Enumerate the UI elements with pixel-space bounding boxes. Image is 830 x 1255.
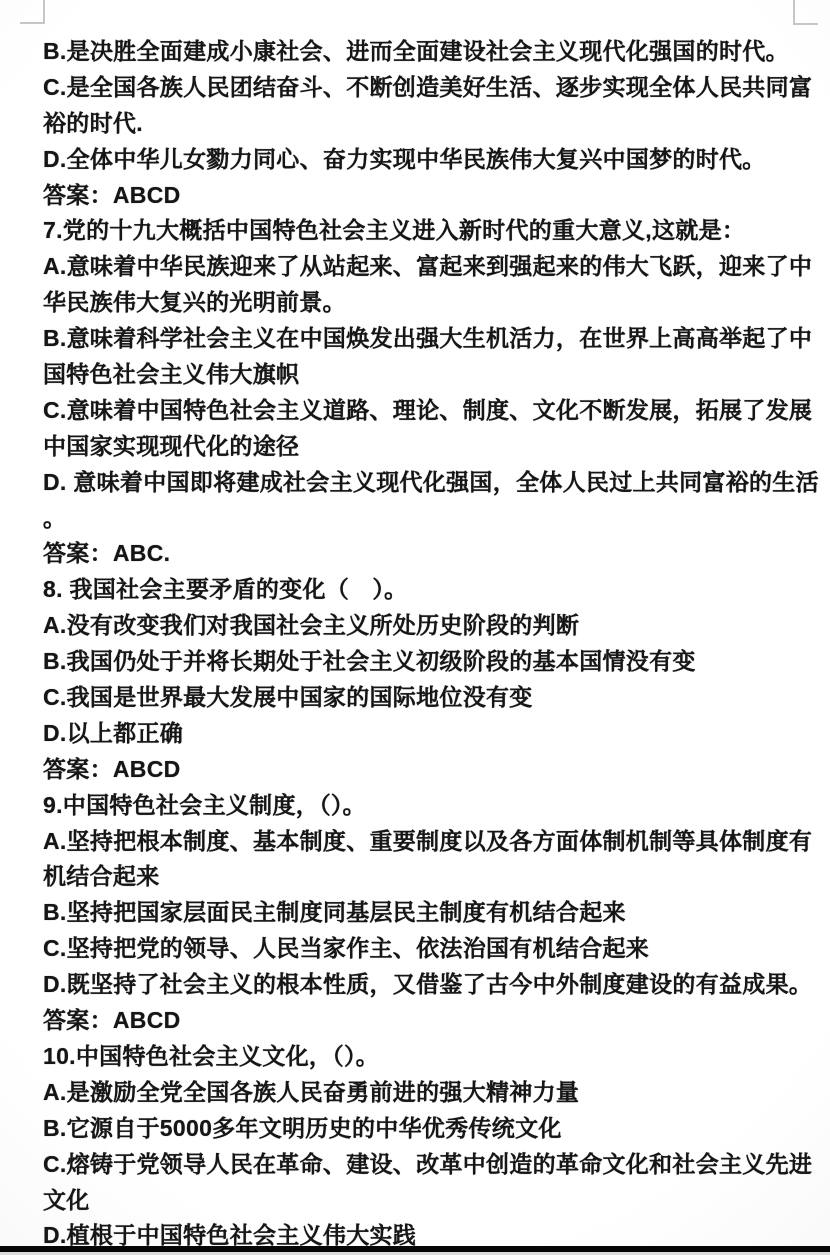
text-line: A.坚持把根本制度、基本制度、重要制度以及各方面体制机制等具体制度有 <box>43 824 805 860</box>
text-line: B.是决胜全面建成小康社会、进而全面建设社会主义现代化强国的时代。 <box>43 34 805 70</box>
text-line: 机结合起来 <box>43 859 805 895</box>
text-line: 裕的时代. <box>43 106 805 142</box>
quiz-text-body: B.是决胜全面建成小康社会、进而全面建设社会主义现代化强国的时代。 C.是全国各… <box>43 34 805 1254</box>
text-line: D.全体中华儿女勠力同心、奋力实现中华民族伟大复兴中国梦的时代。 <box>43 142 805 178</box>
text-line: C.我国是世界最大发展中国家的国际地位没有变 <box>43 680 805 716</box>
question-line: 10.中国特色社会主义文化，（）。 <box>43 1039 805 1075</box>
text-line: 国特色社会主义伟大旗帜 <box>43 357 805 393</box>
answer-line: 答案：ABC. <box>43 536 805 572</box>
answer-line: 答案：ABCD <box>43 1003 805 1039</box>
text-line: 华民族伟大复兴的光明前景。 <box>43 285 805 321</box>
bottom-edge-bar <box>0 1246 830 1252</box>
text-line: B.意味着科学社会主义在中国焕发出强大生机活力，在世界上高高举起了中 <box>43 321 805 357</box>
answer-line: 答案：ABCD <box>43 752 805 788</box>
text-line: C.坚持把党的领导、人民当家作主、依法治国有机结合起来 <box>43 931 805 967</box>
text-line: D. 意味着中国即将建成社会主义现代化强国，全体人民过上共同富裕的生活 <box>43 465 805 501</box>
text-line: C.是全国各族人民团结奋斗、不断创造美好生活、逐步实现全体人民共同富 <box>43 70 805 106</box>
text-line: A.是激励全党全国各族人民奋勇前进的强大精神力量 <box>43 1075 805 1111</box>
page-corner-mark-top-left <box>20 0 45 24</box>
text-line: D.以上都正确 <box>43 716 805 752</box>
text-line: A.意味着中华民族迎来了从站起来、富起来到强起来的伟大飞跃，迎来了中 <box>43 249 805 285</box>
text-line: B.它源自于5000多年文明历史的中华优秀传统文化 <box>43 1111 805 1147</box>
text-line: 。 <box>43 501 805 537</box>
document-page: B.是决胜全面建成小康社会、进而全面建设社会主义现代化强国的时代。 C.是全国各… <box>0 0 830 1255</box>
question-line: 7.党的十九大概括中国特色社会主义进入新时代的重大意义,这就是： <box>43 213 805 249</box>
text-line: C.熔铸于党领导人民在革命、建设、改革中创造的革命文化和社会主义先进 <box>43 1147 805 1183</box>
page-corner-mark-top-right <box>793 0 818 25</box>
text-line: C.意味着中国特色社会主义道路、理论、制度、文化不断发展，拓展了发展 <box>43 393 805 429</box>
text-line: A.没有改变我们对我国社会主义所处历史阶段的判断 <box>43 608 805 644</box>
question-line: 8. 我国社会主要矛盾的变化（ ）。 <box>43 572 805 608</box>
text-line: 文化 <box>43 1183 805 1219</box>
text-line: B.坚持把国家层面民主制度同基层民主制度有机结合起来 <box>43 895 805 931</box>
text-line: B.我国仍处于并将长期处于社会主义初级阶段的基本国情没有变 <box>43 644 805 680</box>
answer-line: 答案：ABCD <box>43 178 805 214</box>
text-line: D.既坚持了社会主义的根本性质，又借鉴了古今中外制度建设的有益成果。 <box>43 967 805 1003</box>
question-line: 9.中国特色社会主义制度，（）。 <box>43 788 805 824</box>
text-line: 中国家实现现代化的途径 <box>43 429 805 465</box>
